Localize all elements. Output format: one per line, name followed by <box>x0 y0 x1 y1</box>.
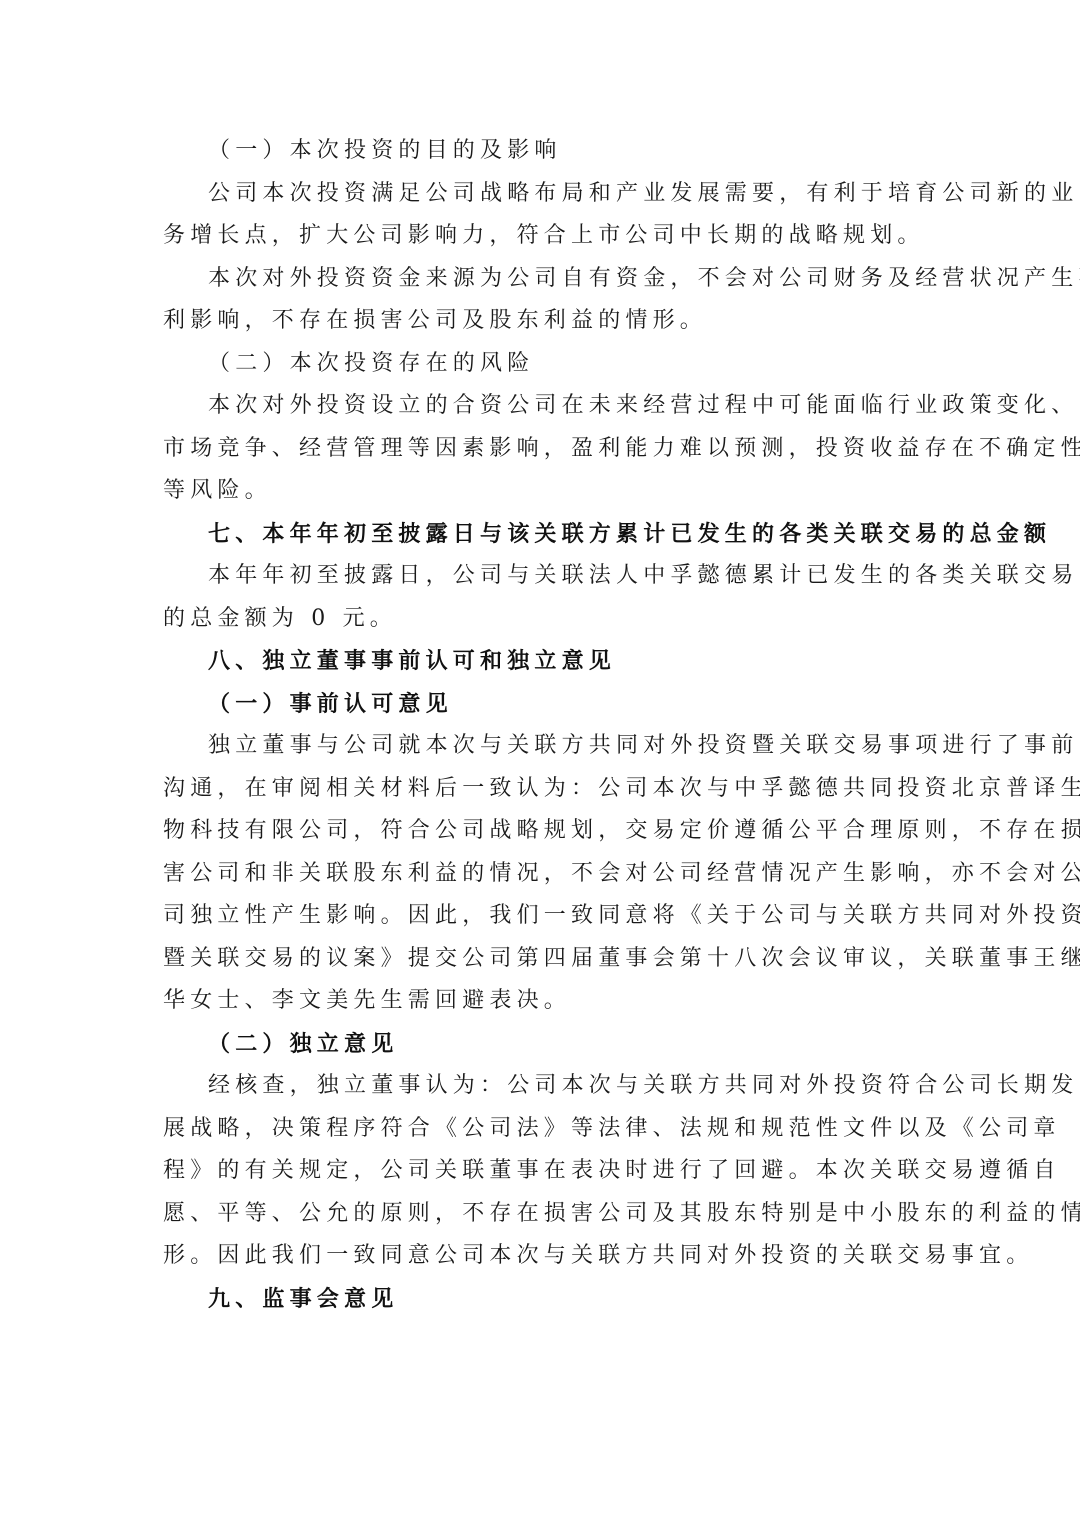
paragraph: 公司本次投资满足公司战略布局和产业发展需要，有利于培育公司新的业 务增长点，扩大… <box>163 173 919 258</box>
paragraph: 本次对外投资设立的合资公司在未来经营过程中可能面临行业政策变化、 市场竞争、经营… <box>163 385 919 513</box>
section-heading: （一）本次投资的目的及影响 <box>163 130 919 173</box>
text-line: 司独立性产生影响。因此，我们一致同意将《关于公司与关联方共同对外投资 <box>163 895 919 938</box>
text-line: 物科技有限公司，符合公司战略规划，交易定价遵循公平合理原则，不存在损 <box>163 810 919 853</box>
text-line: 本次对外投资资金来源为公司自有资金，不会对公司财务及经营状况产生不 <box>163 258 919 301</box>
text-line: 展战略，决策程序符合《公司法》等法律、法规和规范性文件以及《公司章 <box>163 1108 919 1151</box>
paragraph: 独立董事与公司就本次与关联方共同对外投资暨关联交易事项进行了事前 沟通，在审阅相… <box>163 725 919 1023</box>
text-line: 经核查，独立董事认为：公司本次与关联方共同对外投资符合公司长期发 <box>163 1065 919 1108</box>
section-heading: （一）事前认可意见 <box>163 683 919 726</box>
section-investment-purpose: （一）本次投资的目的及影响 公司本次投资满足公司战略布局和产业发展需要，有利于培… <box>163 130 919 343</box>
text-line: 华女士、李文美先生需回避表决。 <box>163 980 919 1023</box>
section-investment-risk: （二）本次投资存在的风险 本次对外投资设立的合资公司在未来经营过程中可能面临行业… <box>163 343 919 513</box>
text-line: 形。因此我们一致同意公司本次与关联方共同对外投资的关联交易事宜。 <box>163 1235 919 1278</box>
document-page: （一）本次投资的目的及影响 公司本次投资满足公司战略布局和产业发展需要，有利于培… <box>163 130 919 1320</box>
section-related-transactions-total: 七、本年年初至披露日与该关联方累计已发生的各类关联交易的总金额 本年年初至披露日… <box>163 513 919 641</box>
section-heading: 七、本年年初至披露日与该关联方累计已发生的各类关联交易的总金额 <box>163 513 919 556</box>
section-heading: 九、监事会意见 <box>163 1278 919 1321</box>
text-line: 沟通，在审阅相关材料后一致认为：公司本次与中孚懿德共同投资北京普译生 <box>163 768 919 811</box>
text-line: 利影响，不存在损害公司及股东利益的情形。 <box>163 300 919 343</box>
paragraph: 本年年初至披露日，公司与关联法人中孚懿德累计已发生的各类关联交易 的总金额为 0… <box>163 555 919 640</box>
text-line: 愿、平等、公允的原则，不存在损害公司及其股东特别是中小股东的利益的情 <box>163 1193 919 1236</box>
text-line: 程》的有关规定，公司关联董事在表决时进行了回避。本次关联交易遵循自 <box>163 1150 919 1193</box>
text-line: 本次对外投资设立的合资公司在未来经营过程中可能面临行业政策变化、 <box>163 385 919 428</box>
section-heading: （二）本次投资存在的风险 <box>163 343 919 386</box>
section-heading: 八、独立董事事前认可和独立意见 <box>163 640 919 683</box>
section-heading: （二）独立意见 <box>163 1023 919 1066</box>
paragraph: 本次对外投资资金来源为公司自有资金，不会对公司财务及经营状况产生不 利影响，不存… <box>163 258 919 343</box>
section-independent-directors: 八、独立董事事前认可和独立意见 <box>163 640 919 683</box>
text-line: 暨关联交易的议案》提交公司第四届董事会第十八次会议审议，关联董事王继 <box>163 938 919 981</box>
text-line: 害公司和非关联股东利益的情况，不会对公司经营情况产生影响，亦不会对公 <box>163 853 919 896</box>
text-line: 市场竞争、经营管理等因素影响，盈利能力难以预测，投资收益存在不确定性 <box>163 428 919 471</box>
section-independent-opinion: （二）独立意见 经核查，独立董事认为：公司本次与关联方共同对外投资符合公司长期发… <box>163 1023 919 1278</box>
text-line: 本年年初至披露日，公司与关联法人中孚懿德累计已发生的各类关联交易 <box>163 555 919 598</box>
paragraph: 经核查，独立董事认为：公司本次与关联方共同对外投资符合公司长期发 展战略，决策程… <box>163 1065 919 1278</box>
section-supervisory-board: 九、监事会意见 <box>163 1278 919 1321</box>
text-line: 的总金额为 0 元。 <box>163 598 919 641</box>
text-line: 等风险。 <box>163 470 919 513</box>
text-line: 公司本次投资满足公司战略布局和产业发展需要，有利于培育公司新的业 <box>163 173 919 216</box>
text-line: 务增长点，扩大公司影响力，符合上市公司中长期的战略规划。 <box>163 215 919 258</box>
text-line: 独立董事与公司就本次与关联方共同对外投资暨关联交易事项进行了事前 <box>163 725 919 768</box>
section-prior-approval: （一）事前认可意见 独立董事与公司就本次与关联方共同对外投资暨关联交易事项进行了… <box>163 683 919 1023</box>
